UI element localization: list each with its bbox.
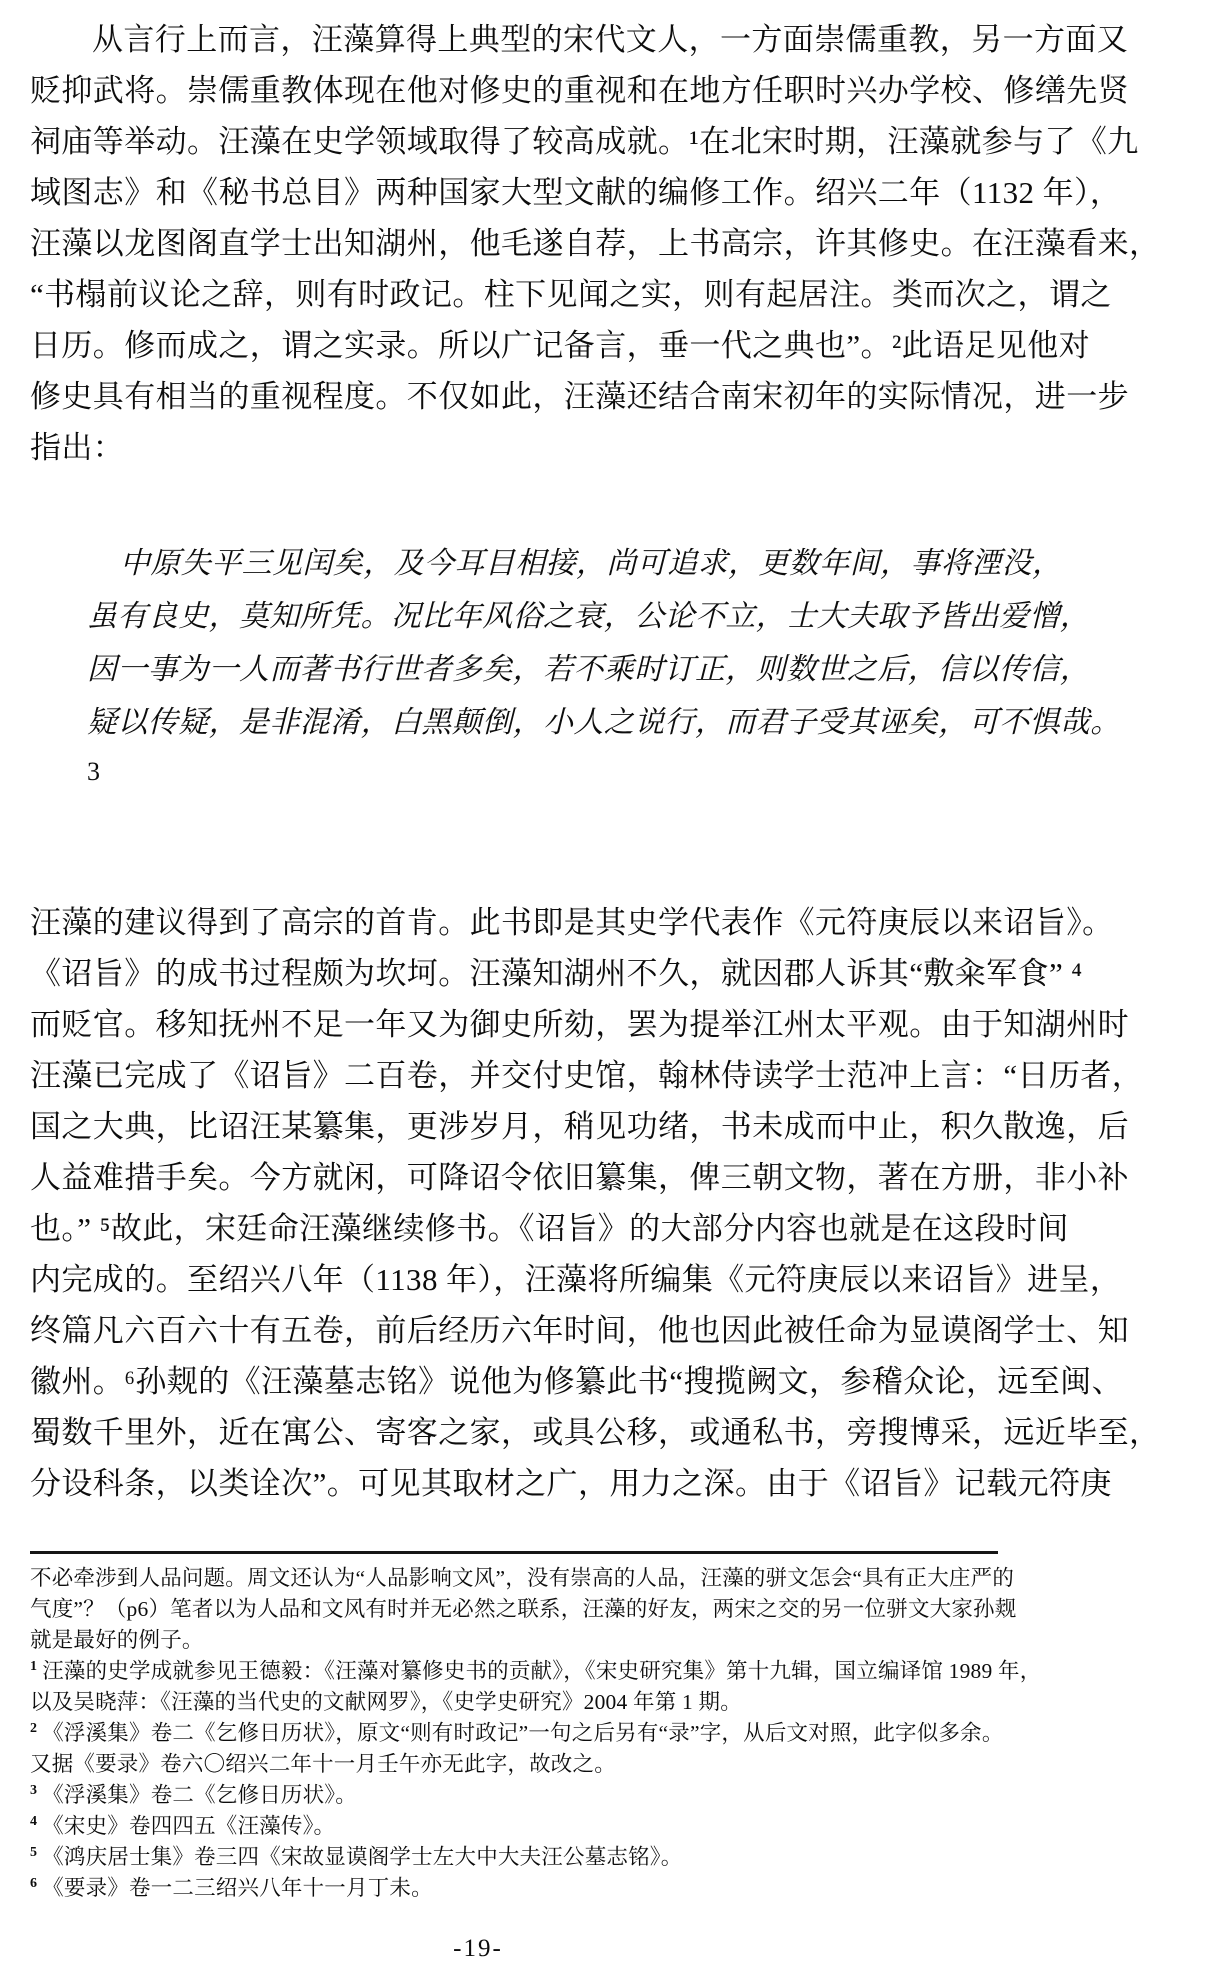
footnote-text: 气度”？（p6）笔者以为人品和文风有时并无必然之联系，汪藻的好友，两宋之交的另一… xyxy=(30,1597,1016,1621)
body-text-line: 祠庙等举动。汪藻在史学领域取得了较高成就。¹在北宋时期，汪藻就参与了《九 xyxy=(30,116,1163,167)
footnote-line: 又据《要录》卷六〇绍兴二年十一月壬午亦无此字，故改之。 xyxy=(30,1749,1163,1780)
footnote-marker: 6 xyxy=(30,1876,37,1891)
footnote-line: 3《浮溪集》卷二《乞修日历状》。 xyxy=(30,1780,1163,1811)
footnote-line: 2《浮溪集》卷二《乞修日历状》，原文“则有时政记”一句之后另有“录”字，从后文对… xyxy=(30,1718,1163,1749)
footnote-text: 《浮溪集》卷二《乞修日历状》。 xyxy=(42,1783,357,1807)
footnote-line: 4《宋史》卷四四五《汪藻传》。 xyxy=(30,1811,1163,1842)
body-text-line: 内完成的。至绍兴八年（1138 年），汪藻将所编集《元符庚辰以来诏旨》进呈， xyxy=(30,1254,1163,1305)
footnote-text: 就是最好的例子。 xyxy=(30,1628,204,1652)
footnote-marker: 1 xyxy=(30,1659,37,1674)
footnote-text: 不必牵涉到人品问题。周文还认为“人品影响文风”，没有崇高的人品，汪藻的骈文怎会“… xyxy=(30,1566,1014,1590)
footnote-line: 5《鸿庆居士集》卷三四《宋故显谟阁学士左大中大夫汪公墓志铭》。 xyxy=(30,1842,1163,1873)
paragraph-intro: 从言行上而言，汪藻算得上典型的宋代文人，一方面崇儒重教，另一方面又 贬抑武将。崇… xyxy=(30,14,1163,473)
document-page: 从言行上而言，汪藻算得上典型的宋代文人，一方面崇儒重教，另一方面又 贬抑武将。崇… xyxy=(0,0,1205,1977)
body-text-line: 汪藻以龙图阁直学士出知湖州，他毛遂自荐，上书高宗，许其修史。在汪藻看来， xyxy=(30,218,1163,269)
footnote-text: 汪藻的史学成就参见王德毅：《汪藻对纂修史书的贡献》，《宋史研究集》第十九辑，国立… xyxy=(42,1659,1041,1683)
footnote-text: 《宋史》卷四四五《汪藻传》。 xyxy=(42,1814,335,1838)
body-text-line: 贬抑武将。崇儒重教体现在他对修史的重视和在地方任职时兴办学校、修缮先贤 xyxy=(30,65,1163,116)
body-text-line: 而贬官。移知抚州不足一年又为御史所劾，罢为提举江州太平观。由于知湖州时 xyxy=(30,999,1163,1050)
footnote-text: 《鸿庆居士集》卷三四《宋故显谟阁学士左大中大夫汪公墓志铭》。 xyxy=(42,1845,682,1869)
footnote-line: 1汪藻的史学成就参见王德毅：《汪藻对纂修史书的贡献》，《宋史研究集》第十九辑，国… xyxy=(30,1656,1163,1687)
footnote-line: 就是最好的例子。 xyxy=(30,1625,1163,1656)
footnotes-section: 不必牵涉到人品问题。周文还认为“人品影响文风”，没有崇高的人品，汪藻的骈文怎会“… xyxy=(30,1563,1163,1904)
footnote-marker: 3 xyxy=(30,1783,37,1798)
body-text-line: 终篇凡六百六十有五卷，前后经历六年时间，他也因此被任命为显谟阁学士、知 xyxy=(30,1305,1163,1356)
footnote-text: 又据《要录》卷六〇绍兴二年十一月壬午亦无此字，故改之。 xyxy=(30,1752,616,1776)
body-text-line: 蜀数千里外，近在寓公、寄客之家，或具公移，或通私书，旁搜博采，远近毕至， xyxy=(30,1407,1163,1458)
block-quote: 中原失平三见闰矣，及今耳目相接，尚可追求，更数年间，事将湮没， 虽有良史，莫知所… xyxy=(87,537,1145,749)
paragraph-main: 汪藻的建议得到了高宗的首肯。此书即是其史学代表作《元符庚辰以来诏旨》。 《诏旨》… xyxy=(30,897,1163,1509)
body-text-line: 分设科条，以类诠次”。可见其取材之广，用力之深。由于《诏旨》记载元符庚 xyxy=(30,1458,1163,1509)
footnote-line: 气度”？（p6）笔者以为人品和文风有时并无必然之联系，汪藻的好友，两宋之交的另一… xyxy=(30,1594,1163,1625)
body-text-line: 日历。修而成之，谓之实录。所以广记备言，垂一代之典也”。²此语足见他对 xyxy=(30,320,1163,371)
footnote-line: 不必牵涉到人品问题。周文还认为“人品影响文风”，没有崇高的人品，汪藻的骈文怎会“… xyxy=(30,1563,1163,1594)
footnote-marker: 2 xyxy=(30,1721,37,1736)
quote-footnote-marker: 3 xyxy=(87,753,1163,791)
body-text-line: 汪藻的建议得到了高宗的首肯。此书即是其史学代表作《元符庚辰以来诏旨》。 xyxy=(30,897,1163,948)
footnote-text: 《浮溪集》卷二《乞修日历状》，原文“则有时政记”一句之后另有“录”字，从后文对照… xyxy=(42,1721,1003,1745)
body-text-line: 指出： xyxy=(30,422,1163,473)
footnote-divider xyxy=(30,1551,998,1554)
footnote-line: 6《要录》卷一二三绍兴八年十一月丁未。 xyxy=(30,1873,1163,1904)
footnote-text: 以及吴晓萍：《汪藻的当代史的文献网罗》，《史学史研究》2004 年第 1 期。 xyxy=(30,1690,742,1714)
footnote-marker: 4 xyxy=(30,1814,37,1829)
quote-text-line: 中原失平三见闰矣，及今耳目相接，尚可追求，更数年间，事将湮没， xyxy=(87,537,1145,590)
body-text-line: 从言行上而言，汪藻算得上典型的宋代文人，一方面崇儒重教，另一方面又 xyxy=(30,14,1163,65)
footnote-line: 以及吴晓萍：《汪藻的当代史的文献网罗》，《史学史研究》2004 年第 1 期。 xyxy=(30,1687,1163,1718)
body-text-line: “书榻前议论之辞，则有时政记。柱下见闻之实，则有起居注。类而次之，谓之 xyxy=(30,269,1163,320)
quote-text-line: 疑以传疑，是非混淆，白黑颠倒，小人之说行，而君子受其诬矣，可不惧哉。 xyxy=(87,696,1145,749)
body-text-line: 修史具有相当的重视程度。不仅如此，汪藻还结合南宋初年的实际情况，进一步 xyxy=(30,371,1163,422)
body-text-line: 国之大典，比诏汪某纂集，更涉岁月，稍见功绪，书未成而中止，积久散逸，后 xyxy=(30,1101,1163,1152)
quote-text-line: 因一事为一人而著书行世者多矣，若不乘时订正，则数世之后，信以传信， xyxy=(87,643,1145,696)
body-text-line: 汪藻已完成了《诏旨》二百卷，并交付史馆，翰林侍读学士范冲上言：“日历者， xyxy=(30,1050,1163,1101)
quote-text-line: 虽有良史，莫知所凭。况比年风俗之衰，公论不立，士大夫取予皆出爱憎， xyxy=(87,590,1145,643)
body-text-line: 人益难措手矣。今方就闲，可降诏令依旧纂集，俾三朝文物，著在方册，非小补 xyxy=(30,1152,1163,1203)
body-text-line: 徽州。⁶孙觌的《汪藻墓志铭》说他为修纂此书“搜揽阙文，参稽众论，远至闽、 xyxy=(30,1356,1163,1407)
page-number: -19- xyxy=(408,1935,548,1963)
footnote-text: 《要录》卷一二三绍兴八年十一月丁未。 xyxy=(42,1876,433,1900)
body-text-line: 《诏旨》的成书过程颇为坎坷。汪藻知湖州不久，就因郡人诉其“敷籴军食” ⁴ xyxy=(30,948,1163,999)
footnote-marker: 5 xyxy=(30,1845,37,1860)
body-text-line: 域图志》和《秘书总目》两种国家大型文献的编修工作。绍兴二年（1132 年）， xyxy=(30,167,1163,218)
body-text-line: 也。” ⁵故此，宋廷命汪藻继续修书。《诏旨》的大部分内容也就是在这段时间 xyxy=(30,1203,1163,1254)
